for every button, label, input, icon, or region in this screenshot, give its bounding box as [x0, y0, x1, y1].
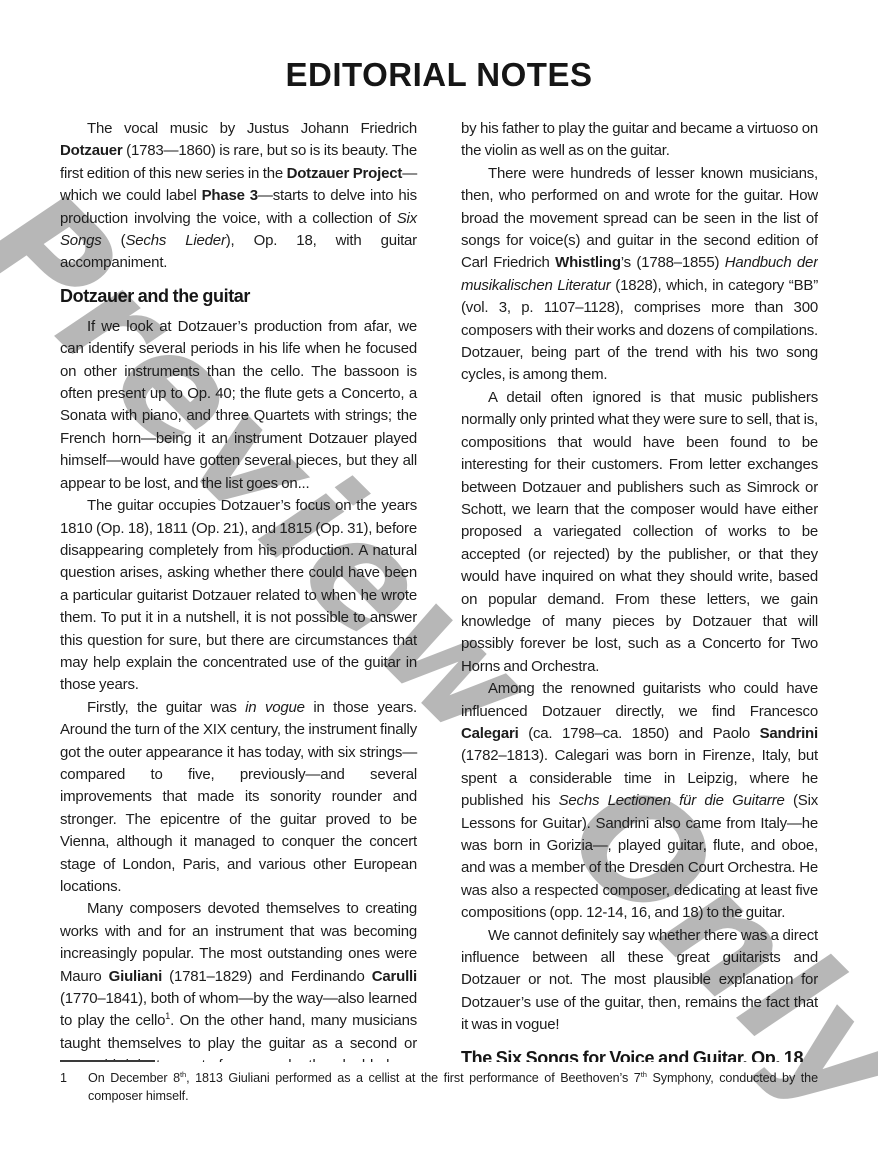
text-run: (	[102, 232, 126, 249]
text-run-emphasis: Whistling	[555, 254, 621, 271]
paragraph: The vocal music by Justus Johann Friedri…	[60, 118, 417, 275]
text-run: The vocal music by Justus Johann Friedri…	[87, 120, 417, 137]
column-left: The vocal music by Justus Johann Friedri…	[60, 118, 417, 1062]
text-run: If we look at Dotzauer’s production from…	[60, 318, 417, 492]
text-run-emphasis: Calegari	[461, 725, 519, 742]
footnote-number: 1	[60, 1069, 88, 1105]
footnote-area: 1 On December 8th, 1813 Giuliani perform…	[60, 1060, 818, 1105]
text-run: (1781–1829) and Ferdinando	[162, 968, 372, 985]
text-run: Firstly, the guitar was	[87, 699, 245, 716]
section-heading: Dotzauer and the guitar	[60, 284, 417, 309]
text-run: On December 8	[88, 1071, 180, 1085]
text-run: A detail often ignored is that music pub…	[461, 389, 818, 675]
paragraph: A detail often ignored is that music pub…	[461, 387, 818, 678]
paragraph: Firstly, the guitar was in vogue in thos…	[60, 697, 417, 899]
text-run: ’s (1788–1855)	[621, 254, 725, 271]
footnote: 1 On December 8th, 1813 Giuliani perform…	[60, 1069, 818, 1105]
paragraph: There were hundreds of lesser known musi…	[461, 163, 818, 387]
text-run-emphasis: Sechs Lectionen für die Guitarre	[559, 792, 785, 809]
text-run-emphasis: Sandrini	[760, 725, 818, 742]
text-run-emphasis: Giuliani	[109, 968, 162, 985]
text-run-emphasis: Dotzauer Project	[287, 165, 403, 182]
footnote-text: On December 8th, 1813 Giuliani performed…	[88, 1069, 818, 1105]
text-run-emphasis: Sechs Lieder	[125, 232, 225, 249]
page-title: EDITORIAL NOTES	[60, 56, 818, 94]
text-run: We cannot definitely say whether there w…	[461, 927, 818, 1034]
two-column-layout: The vocal music by Justus Johann Friedri…	[60, 118, 818, 1062]
text-run-emphasis: Carulli	[372, 968, 417, 985]
paragraph: Among the renowned guitarists who could …	[461, 678, 818, 924]
text-run: , 1813 Giuliani performed as a cellist a…	[186, 1071, 641, 1085]
text-run-emphasis: Phase 3	[202, 187, 258, 204]
text-run: by his father to play the guitar and bec…	[461, 120, 818, 159]
text-run: The guitar occupies Dotzauer’s focus on …	[60, 497, 417, 693]
text-run-emphasis: in vogue	[245, 699, 305, 716]
paragraph: If we look at Dotzauer’s production from…	[60, 316, 417, 495]
text-run-emphasis: Dotzauer	[60, 142, 123, 159]
column-right: by his father to play the guitar and bec…	[461, 118, 818, 1062]
text-run: Among the renowned guitarists who could …	[461, 680, 818, 719]
page-content: EDITORIAL NOTES The vocal music by Justu…	[0, 0, 878, 1062]
paragraph: Many composers devoted themselves to cre…	[60, 898, 417, 1062]
text-run: (Six Lessons for Guitar). Sandrini also …	[461, 792, 818, 921]
paragraph: We cannot definitely say whether there w…	[461, 925, 818, 1037]
document-page: Preview Only EDITORIAL NOTES The vocal m…	[0, 0, 878, 1152]
paragraph: The guitar occupies Dotzauer’s focus on …	[60, 495, 417, 697]
text-run: in those years. Around the turn of the X…	[60, 699, 417, 895]
paragraph: by his father to play the guitar and bec…	[461, 118, 818, 163]
text-run: (ca. 1798–ca. 1850) and Paolo	[519, 725, 760, 742]
footnote-divider	[60, 1060, 155, 1062]
